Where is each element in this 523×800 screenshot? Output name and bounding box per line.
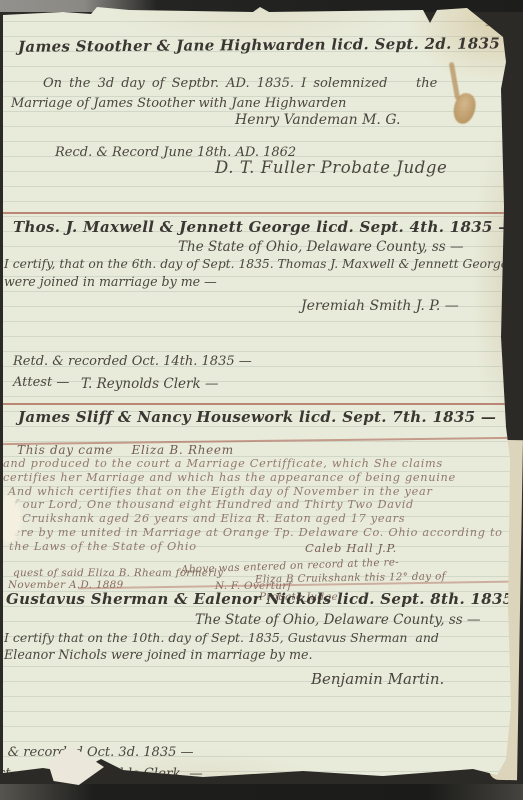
record3-heading: James Sliff & Nancy Housework licd. Sept… <box>18 409 496 426</box>
record2-clerk-signature: T. Reynolds Clerk — <box>81 377 218 392</box>
record1-minister-signature: Henry Vandeman M. G. <box>235 113 400 128</box>
record2-heading: Thos. J. Maxwell & Jennett George licd. … <box>13 219 514 236</box>
addendum-line7: were by me united in Marriage at Orange … <box>3 527 503 539</box>
section-rule-2 <box>3 403 513 405</box>
record2-recorded-line: Retd. & recorded Oct. 14th. 1835 — <box>13 355 252 369</box>
record1-body-line1: On the 3d day of Septbr. AD. 1835. I sol… <box>43 77 437 91</box>
record4-attest-label: est. <box>0 767 15 781</box>
addendum-line8: the Laws of the State of Ohio <box>9 541 197 553</box>
record2-attest-label: Attest — <box>13 376 69 390</box>
record2-jp-signature: Jeremiah Smith J. P. — <box>301 299 459 314</box>
page-number: 17 <box>484 12 506 32</box>
section-rule-1 <box>3 212 513 214</box>
addendum-line6: H. Cruikshank aged 26 years and Eliza R.… <box>3 513 405 525</box>
record2-body-line2: were joined in marriage by me — <box>4 275 217 289</box>
record4-body-line1: I certify that on the 10th. day of Sept.… <box>4 631 439 645</box>
record2-state-line: The State of Ohio, Delaware County, ss — <box>178 240 463 255</box>
scan-edge-bottom <box>0 784 523 800</box>
addendum-line5: of our Lord, One thousand eight Hundred … <box>6 499 414 511</box>
addendum-line3: certifies her Marriage and which has the… <box>3 472 456 484</box>
addendum-line1: This day came Eliza B. Rheem <box>17 444 234 457</box>
addendum-line4: And which certifies that on the Eigth da… <box>8 486 433 498</box>
entry-note-line2: quest of said Eliza B. Rheam formerly <box>13 568 223 579</box>
addendum-jp-signature: Caleb Hall J.P. <box>305 542 397 555</box>
ledger-page: 17 James Stoother & Jane Highwarden licd… <box>3 7 513 786</box>
record2-body-line1: I certify, that on the 6th. day of Sept.… <box>4 258 508 272</box>
addendum-line2: and produced to the court a Marriage Cer… <box>3 458 443 470</box>
scanned-ledger-screenshot: 17 James Stoother & Jane Highwarden licd… <box>0 0 523 800</box>
record1-body-line2: Marriage of James Stoother with Jane Hig… <box>11 97 346 111</box>
record4-recorded-line: d. & recorded Oct. 3d. 1835 — <box>0 746 194 760</box>
record1-judge-signature: D. T. Fuller Probate Judge <box>215 159 447 177</box>
record4-body-line2: Eleanor Nichols were joined in marriage … <box>4 648 313 662</box>
record4-heading: Gustavus Sherman & Ealenor Nickols licd.… <box>6 591 523 608</box>
record1-heading: James Stoother & Jane Highwarden licd. S… <box>18 35 521 55</box>
record4-jp-signature: Benjamin Martin. <box>311 671 444 688</box>
ink-stain-stem <box>449 62 461 100</box>
record4-state-line: The State of Ohio, Delaware County, ss — <box>195 613 480 628</box>
